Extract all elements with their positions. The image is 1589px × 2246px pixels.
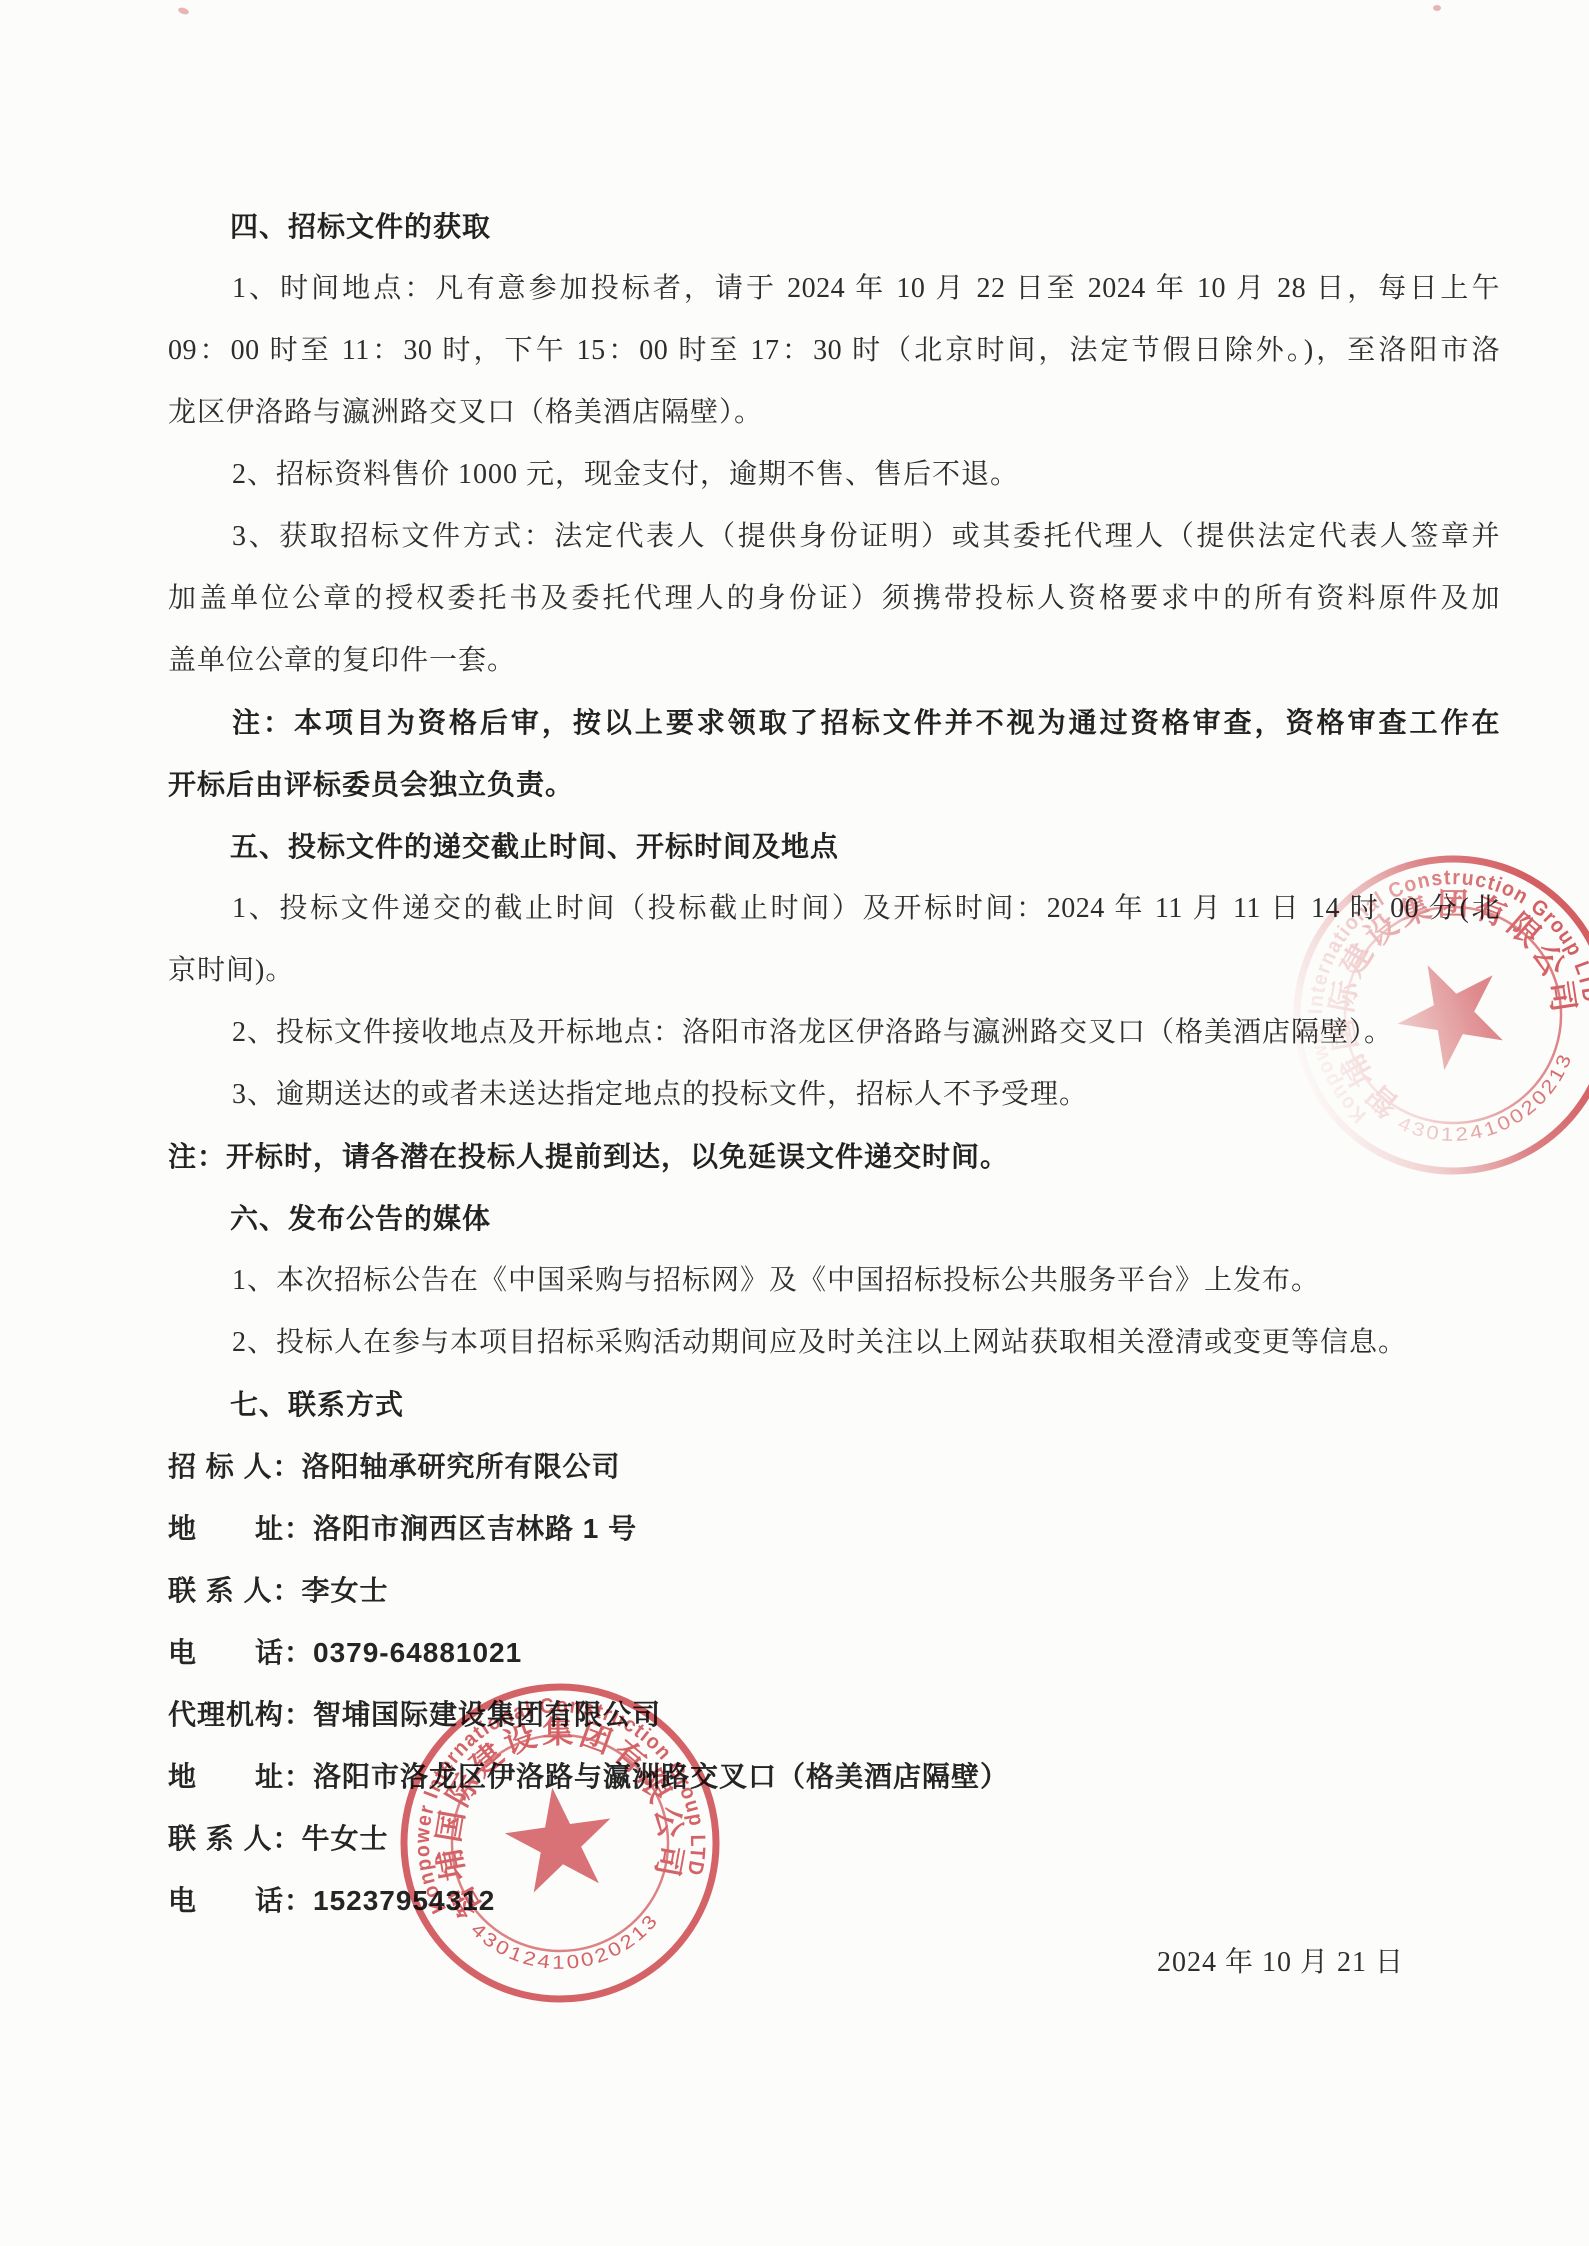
agency-name-line: 代理机构：智埔国际建设集团有限公司 [168, 1684, 1500, 1746]
tenderer-address-line: 地 址：洛阳市涧西区吉林路 1 号 [168, 1498, 1500, 1560]
tenderer-name-line: 招 标 人：洛阳轴承研究所有限公司 [168, 1436, 1500, 1498]
agency-contact-line: 联 系 人：牛女士 [168, 1808, 1500, 1870]
ink-speck [177, 6, 189, 15]
heading-section-7: 七、联系方式 [168, 1374, 1500, 1436]
text-line: 1、本次招标公告在《中国采购与招标网》及《中国招标投标公共服务平台》上发布。 [168, 1250, 1500, 1312]
text-line: 1、投标文件递交的截止时间（投标截止时间）及开标时间：2024 年 11 月 1… [168, 878, 1500, 940]
text-line: 盖单位公章的复印件一套。 [168, 630, 1500, 692]
ink-speck [1433, 5, 1441, 11]
scanned-tender-document-page: 四、招标文件的获取 1、时间地点：凡有意参加投标者，请于 2024 年 10 月… [0, 0, 1589, 2246]
text-line: 3、获取招标文件方式：法定代表人（提供身份证明）或其委托代理人（提供法定代表人签… [168, 506, 1500, 568]
document-content: 四、招标文件的获取 1、时间地点：凡有意参加投标者，请于 2024 年 10 月… [168, 196, 1500, 1994]
agency-address-line: 地 址：洛阳市洛龙区伊洛路与瀛洲路交叉口（格美酒店隔壁） [168, 1746, 1500, 1808]
text-line: 1、时间地点：凡有意参加投标者，请于 2024 年 10 月 22 日至 202… [168, 258, 1500, 320]
text-line: 2、投标人在参与本项目招标采购活动期间应及时关注以上网站获取相关澄清或变更等信息… [168, 1312, 1500, 1374]
text-line: 09：00 时至 11：30 时，下午 15：00 时至 17：30 时（北京时… [168, 320, 1500, 382]
heading-section-4: 四、招标文件的获取 [168, 196, 1500, 258]
text-line: 3、逾期送达的或者未送达指定地点的投标文件，招标人不予受理。 [168, 1064, 1500, 1126]
tenderer-contact-line: 联 系 人：李女士 [168, 1560, 1500, 1622]
tenderer-phone-line: 电 话：0379-64881021 [168, 1622, 1500, 1684]
document-date: 2024 年 10 月 21 日 [168, 1932, 1500, 1994]
text-line: 2、投标文件接收地点及开标地点：洛阳市洛龙区伊洛路与瀛洲路交叉口（格美酒店隔壁）… [168, 1002, 1500, 1064]
note-line: 注：本项目为资格后审，按以上要求领取了招标文件并不视为通过资格审查，资格审查工作… [168, 692, 1500, 754]
agency-phone-line: 电 话：15237954312 [168, 1870, 1500, 1932]
note-line: 注：开标时，请各潜在投标人提前到达，以免延误文件递交时间。 [168, 1126, 1500, 1188]
text-line: 加盖单位公章的授权委托书及委托代理人的身份证）须携带投标人资格要求中的所有资料原… [168, 568, 1500, 630]
text-line: 龙区伊洛路与瀛洲路交叉口（格美酒店隔壁）。 [168, 382, 1500, 444]
note-line: 开标后由评标委员会独立负责。 [168, 754, 1500, 816]
text-line: 京时间)。 [168, 940, 1500, 1002]
heading-section-5: 五、投标文件的递交截止时间、开标时间及地点 [168, 816, 1500, 878]
heading-section-6: 六、发布公告的媒体 [168, 1188, 1500, 1250]
text-line: 2、招标资料售价 1000 元，现金支付，逾期不售、售后不退。 [168, 444, 1500, 506]
